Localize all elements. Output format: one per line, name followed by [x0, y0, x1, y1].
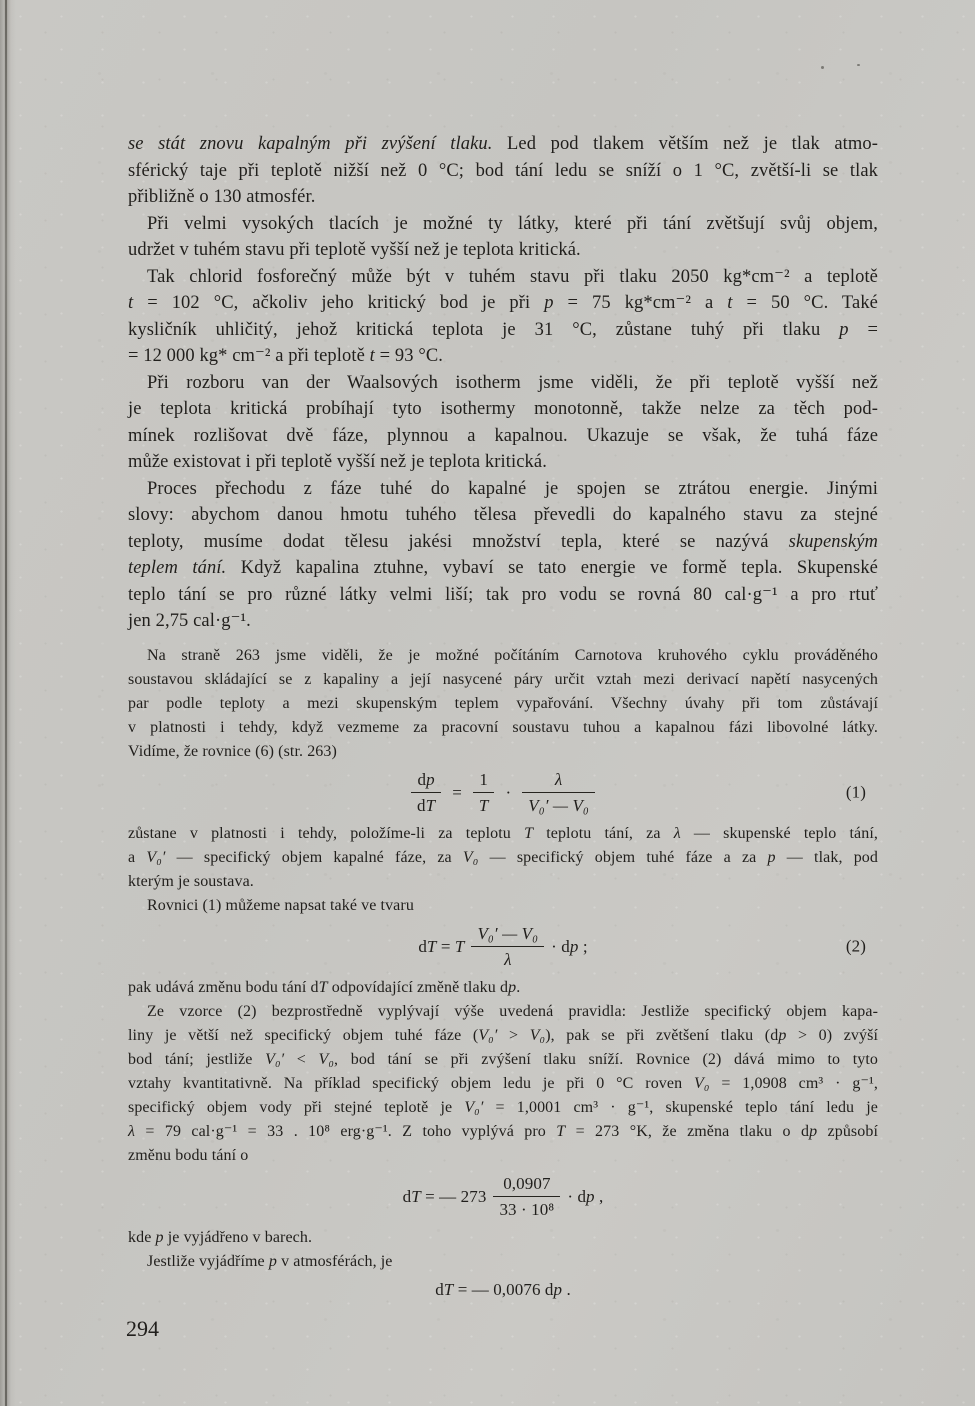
text-segment: ;	[579, 937, 588, 956]
text-segment: Ze vzorce (2) bezprostředně vyplývají vý…	[147, 1003, 878, 1020]
text-segment: je vyjádřeno v barech.	[164, 1229, 312, 1246]
text-line: kysličník uhličitý, jehož kritická teplo…	[128, 317, 878, 344]
text-segment: V₀′	[478, 1027, 497, 1044]
fraction-denominator: T	[473, 793, 495, 816]
text-segment: mínek rozlišovat dvě fáze, plynnou a kap…	[128, 426, 878, 446]
text-segment: kde	[128, 1229, 156, 1246]
text-segment: = 1,0908 cm³ · g⁻¹,	[710, 1075, 878, 1092]
text-segment: T	[455, 937, 465, 956]
text-segment: — skupenské teplo tání,	[681, 825, 878, 842]
text-segment: 0,0907	[503, 1174, 550, 1193]
equation-2: dT = TV₀′ — V₀λ· dp ; (2)	[128, 923, 878, 970]
equation-expression: dT = — 0,0076 dp .	[435, 1279, 571, 1300]
text-segment: zůstane v platnosti i tehdy, položíme-li…	[128, 825, 524, 842]
text-segment: p	[839, 320, 848, 340]
text-line: změnu bodu tání o	[128, 1144, 878, 1168]
fraction-dp-dT: dpdT	[411, 769, 441, 816]
text-line: λ = 79 cal·g⁻¹ = 33 . 10⁸ erg·g⁻¹. Z toh…	[128, 1120, 878, 1144]
text-segment: d	[418, 770, 427, 789]
text-segment: Proces přechodu z fáze tuhé do kapalné j…	[147, 479, 878, 499]
text-segment: 33 · 10⁸	[499, 1200, 554, 1219]
text-segment: = 102 °C, ačkoliv jeho kritický bod je p…	[133, 293, 544, 313]
paper-speck	[821, 66, 824, 69]
text-segment: změnu bodu tání o	[128, 1147, 248, 1164]
text-segment: Na straně 263 jsme viděli, že je možné p…	[147, 647, 878, 664]
text-segment: V₀	[530, 1027, 546, 1044]
equation-final-body: dT = — 0,0076 dp .	[435, 1279, 571, 1300]
text-line: Tak chlorid fosforečný může být v tuhém …	[128, 264, 878, 291]
text-segment: teploty, musíme dodat tělesu jakési množ…	[128, 532, 789, 552]
main-text-block: se stát znovu kapalným při zvýšení tlaku…	[128, 131, 878, 635]
text-segment: skupenským	[789, 532, 878, 552]
text-line: sférický taje při teplotě nižší než 0 °C…	[128, 158, 878, 185]
text-line: udržet v tuhém stavu při teplotě vyšší n…	[128, 237, 878, 264]
text-segment: p	[809, 1123, 817, 1140]
text-line: slovy: abychom danou hmotu tuhého tělesa…	[128, 502, 878, 529]
fraction-numerator: dp	[411, 769, 441, 793]
text-segment: = 79 cal·g⁻¹ = 33 . 10⁸ erg·g⁻¹. Z toho …	[135, 1123, 556, 1140]
text-segment: V₀	[319, 1051, 335, 1068]
text-segment: V₀′	[146, 849, 165, 866]
text-segment: V₀	[694, 1075, 710, 1092]
text-segment: = 50 °C. Také	[733, 293, 878, 313]
text-segment: a	[128, 849, 146, 866]
fraction-1-T: 1T	[473, 769, 495, 816]
text-line: je teplota kritická probíhají tyto isoth…	[128, 396, 878, 423]
text-line: mínek rozlišovat dvě fáze, plynnou a kap…	[128, 423, 878, 450]
text-segment: V₀′	[464, 1099, 483, 1116]
text-segment: .	[516, 979, 520, 996]
paragraph-meaning-of-dT: pak udává změnu bodu tání dT odpovídajíc…	[128, 976, 878, 1000]
text-segment: Jestliže vyjádříme	[147, 1253, 269, 1270]
paragraph-p-in-atmospheres: Jestliže vyjádříme p v atmosférách, je	[128, 1250, 878, 1274]
paragraph-latent-heat-of-fusion: Proces přechodu z fáze tuhé do kapalné j…	[128, 476, 878, 635]
fraction-numerator: λ	[522, 769, 595, 793]
equation-ice-numeric: dT = — 2730,090733 · 10⁸· dp ,	[128, 1173, 878, 1220]
text-line: Rovnici (1) můžeme napsat také ve tvaru	[128, 894, 878, 918]
equation-number: (2)	[846, 936, 866, 957]
text-segment: = 1,0001 cm³ · g⁻¹, skupenské teplo tání…	[483, 1099, 878, 1116]
text-segment: pak udává změnu bodu tání d	[128, 979, 319, 996]
page-number: 294	[126, 1316, 878, 1342]
text-segment: = — 0,0076 d	[453, 1280, 553, 1299]
text-segment: > 0) zvýší	[786, 1027, 878, 1044]
fraction-denominator: 33 · 10⁸	[493, 1197, 560, 1220]
text-line: zůstane v platnosti i tehdy, položíme-li…	[128, 822, 878, 846]
text-segment: Tak chlorid fosforečný může být v tuhém …	[147, 267, 878, 287]
text-segment: =	[849, 320, 878, 340]
text-segment: — specifický objem tuhé fáze a za	[478, 849, 767, 866]
equation-ice-numeric-body: dT = — 2730,090733 · 10⁸· dp ,	[403, 1173, 604, 1220]
text-segment: T	[319, 979, 328, 996]
text-line: kde p je vyjádřeno v barech.	[128, 1226, 878, 1250]
equation-final: dT = — 0,0076 dp .	[128, 1279, 878, 1300]
paragraph-rewrite-equation-1: Rovnici (1) můžeme napsat také ve tvaru	[128, 894, 878, 918]
text-segment: vztahy kvantitativně. Na příklad specifi…	[128, 1075, 694, 1092]
fraction-numerator: V₀′ — V₀	[471, 923, 544, 947]
text-segment: = 273 °K, že změna tlaku o d	[565, 1123, 809, 1140]
text-segment: · d	[551, 937, 570, 956]
text-line: se stát znovu kapalným při zvýšení tlaku…	[128, 131, 878, 158]
fraction-lambda-volume-difference: λV₀′ — V₀	[522, 769, 595, 816]
text-segment: Když kapalina ztuhne, vybaví se tato ene…	[226, 558, 878, 578]
text-segment: T	[444, 1280, 454, 1299]
text-segment: , bod tání se při zvýšení tlaku sníží. R…	[334, 1051, 878, 1068]
text-segment: = 93 °C.	[375, 346, 443, 366]
text-segment: Rovnici (1) můžeme napsat také ve tvaru	[147, 897, 414, 914]
paragraph-high-pressures: Při velmi vysokých tlacích je možné ty l…	[128, 211, 878, 264]
text-segment: — specifický objem kapalné fáze, za	[166, 849, 463, 866]
text-segment: specifický objem vody při stejné teplotě…	[128, 1099, 464, 1116]
text-line: teplo tání se pro různé látky velmi liší…	[128, 582, 878, 609]
text-segment: d	[403, 1187, 412, 1206]
text-segment: V₀′ — V₀	[477, 924, 538, 943]
small-print-block: Na straně 263 jsme viděli, že je možné p…	[128, 644, 878, 1300]
text-line: pak udává změnu bodu tání dT odpovídajíc…	[128, 976, 878, 1000]
text-segment: p	[156, 1229, 164, 1246]
equation-right-tail: · dp ;	[551, 936, 588, 957]
text-segment: V₀′	[265, 1051, 284, 1068]
paragraph-van-der-waals-isotherms: Při rozboru van der Waalsových isotherm …	[128, 370, 878, 476]
text-segment: =	[436, 937, 454, 956]
text-segment: sférický taje při teplotě nižší než 0 °C…	[128, 161, 878, 181]
text-line: a V₀′ — specifický objem kapalné fáze, z…	[128, 846, 878, 870]
text-segment: p	[768, 849, 776, 866]
text-segment: 1	[479, 770, 488, 789]
text-line: teploty, musíme dodat tělesu jakési množ…	[128, 529, 878, 556]
text-line: = 12 000 kg* cm⁻² a při teplotě t = 93 °…	[128, 343, 878, 370]
text-line: par podle teploty a mezi skupenským tepl…	[128, 692, 878, 716]
fraction-denominator: λ	[471, 947, 544, 970]
text-line: může existovat i při teplotě vyšší než j…	[128, 449, 878, 476]
equation-1-body: dpdT=1T·λV₀′ — V₀	[407, 769, 599, 816]
text-line: specifický objem vody při stejné teplotě…	[128, 1096, 878, 1120]
page-binding-line	[5, 0, 7, 1406]
fraction-numeric: 0,090733 · 10⁸	[493, 1173, 560, 1220]
text-line: soustavou skládající se z kapaliny a jej…	[128, 668, 878, 692]
text-segment: λ	[128, 1123, 135, 1140]
text-segment: liny je větší než specifický objem tuhé …	[128, 1027, 478, 1044]
text-segment: p	[570, 937, 579, 956]
equation-2-body: dT = TV₀′ — V₀λ· dp ;	[418, 923, 587, 970]
text-segment: soustavou skládající se z kapaliny a jej…	[128, 671, 878, 688]
equation-left-side: dT = T	[418, 936, 464, 957]
text-segment: jen 2,75 cal·g⁻¹.	[128, 611, 251, 631]
text-segment: kterým je soustava.	[128, 873, 254, 890]
text-segment: = 12 000 kg* cm⁻² a při teplotě	[128, 346, 370, 366]
fraction-denominator: V₀′ — V₀	[522, 793, 595, 816]
text-segment: p	[586, 1187, 595, 1206]
paragraph-phosphorus-chloride-example: Tak chlorid fosforečný může být v tuhém …	[128, 264, 878, 370]
page-binding-shadow	[0, 0, 16, 1406]
text-segment: >	[497, 1027, 529, 1044]
text-segment: · d	[567, 1187, 586, 1206]
paper-speck	[857, 64, 860, 66]
paragraph-rules-from-equation-2: Ze vzorce (2) bezprostředně vyplývají vý…	[128, 1000, 878, 1168]
text-line: Při rozboru van der Waalsových isotherm …	[128, 370, 878, 397]
text-line: Vidíme, že rovnice (6) (str. 263)	[128, 740, 878, 764]
text-segment: <	[284, 1051, 318, 1068]
text-segment: ), pak se při zvětšení tlaku (d	[545, 1027, 778, 1044]
text-segment: d	[417, 796, 426, 815]
paragraph-carnot-cycle-reference: Na straně 263 jsme viděli, že je možné p…	[128, 644, 878, 764]
text-segment: přibližně o 130 atmosfér.	[128, 187, 315, 207]
text-segment: p	[554, 1280, 563, 1299]
book-page: { "page": { "number": "294" }, "colors":…	[0, 0, 975, 1406]
text-segment: — tlak, pod	[776, 849, 878, 866]
text-segment: je teplota kritická probíhají tyto isoth…	[128, 399, 878, 419]
text-line: v platnosti i tehdy, když vezmeme za pra…	[128, 716, 878, 740]
text-line: vztahy kvantitativně. Na příklad specifi…	[128, 1072, 878, 1096]
text-segment: se stát znovu kapalným při zvýšení tlaku…	[128, 134, 493, 154]
text-line: teplem tání. Když kapalina ztuhne, vybav…	[128, 555, 878, 582]
text-segment: T	[556, 1123, 565, 1140]
text-segment: může existovat i při teplotě vyšší než j…	[128, 452, 547, 472]
text-line: Ze vzorce (2) bezprostředně vyplývají vý…	[128, 1000, 878, 1024]
text-segment: p	[269, 1253, 277, 1270]
text-segment: teplotu tání, za	[533, 825, 674, 842]
text-segment: teplem tání.	[128, 558, 226, 578]
text-segment: T	[524, 825, 533, 842]
text-segment: T	[426, 796, 436, 815]
text-segment: kysličník uhličitý, jehož kritická teplo…	[128, 320, 839, 340]
text-segment: způsobí	[817, 1123, 878, 1140]
equation-left-side: dT = — 273	[403, 1186, 487, 1207]
text-segment: odpovídající změně tlaku d	[328, 979, 508, 996]
text-segment: slovy: abychom danou hmotu tuhého tělesa…	[128, 505, 878, 525]
text-segment: .	[562, 1280, 571, 1299]
text-segment: p	[426, 770, 435, 789]
paragraph-p-in-bars: kde p je vyjádřeno v barech.	[128, 1226, 878, 1250]
fraction-volume-difference-lambda: V₀′ — V₀λ	[471, 923, 544, 970]
page-content: se stát znovu kapalným při zvýšení tlaku…	[128, 131, 878, 1342]
text-line: Na straně 263 jsme viděli, že je možné p…	[128, 644, 878, 668]
paragraph-continuation-melting-under-pressure: se stát znovu kapalným při zvýšení tlaku…	[128, 131, 878, 211]
fraction-denominator: dT	[411, 793, 441, 816]
multiplication-dot: ·	[505, 782, 511, 803]
text-line: t = 102 °C, ačkoliv jeho kritický bod je…	[128, 290, 878, 317]
text-segment: λ	[555, 770, 562, 789]
equals-sign: =	[452, 782, 462, 803]
fraction-numerator: 0,0907	[493, 1173, 560, 1197]
text-segment: v platnosti i tehdy, když vezmeme za pra…	[128, 719, 878, 736]
text-segment: T	[411, 1187, 421, 1206]
text-segment: udržet v tuhém stavu při teplotě vyšší n…	[128, 240, 581, 260]
text-line: kterým je soustava.	[128, 870, 878, 894]
text-line: bod tání; jestliže V₀′ < V₀, bod tání se…	[128, 1048, 878, 1072]
text-segment: teplo tání se pro různé látky velmi liší…	[128, 585, 878, 605]
text-segment: Při rozboru van der Waalsových isotherm …	[147, 373, 878, 393]
text-segment: λ	[674, 825, 681, 842]
text-segment: λ	[504, 950, 511, 969]
text-segment: p	[544, 293, 553, 313]
text-segment: Vidíme, že rovnice (6) (str. 263)	[128, 743, 337, 760]
fraction-numerator: 1	[473, 769, 495, 793]
text-line: Při velmi vysokých tlacích je možné ty l…	[128, 211, 878, 238]
text-segment: p	[508, 979, 516, 996]
text-segment: V₀	[463, 849, 479, 866]
text-segment: = 75 kg*cm⁻² a	[554, 293, 728, 313]
text-segment: = — 273	[421, 1187, 487, 1206]
text-line: Proces přechodu z fáze tuhé do kapalné j…	[128, 476, 878, 503]
text-segment: d	[418, 937, 427, 956]
text-segment: bod tání; jestliže	[128, 1051, 265, 1068]
text-segment: V₀′ — V₀	[528, 796, 589, 815]
text-segment: ,	[595, 1187, 604, 1206]
text-segment: T	[479, 796, 489, 815]
text-line: přibližně o 130 atmosfér.	[128, 184, 878, 211]
text-line: liny je větší než specifický objem tuhé …	[128, 1024, 878, 1048]
text-segment: Při velmi vysokých tlacích je možné ty l…	[147, 214, 878, 234]
text-segment: d	[435, 1280, 444, 1299]
text-line: jen 2,75 cal·g⁻¹.	[128, 608, 878, 635]
equation-1: dpdT=1T·λV₀′ — V₀ (1)	[128, 769, 878, 816]
paragraph-equation-1-explanation: zůstane v platnosti i tehdy, položíme-li…	[128, 822, 878, 894]
equation-number: (1)	[846, 782, 866, 803]
text-segment: Led pod tlakem větším než je tlak atmo-	[493, 134, 879, 154]
text-segment: v atmosférách, je	[277, 1253, 393, 1270]
text-segment: par podle teploty a mezi skupenským tepl…	[128, 695, 878, 712]
text-line: Jestliže vyjádříme p v atmosférách, je	[128, 1250, 878, 1274]
equation-right-tail: · dp ,	[567, 1186, 603, 1207]
